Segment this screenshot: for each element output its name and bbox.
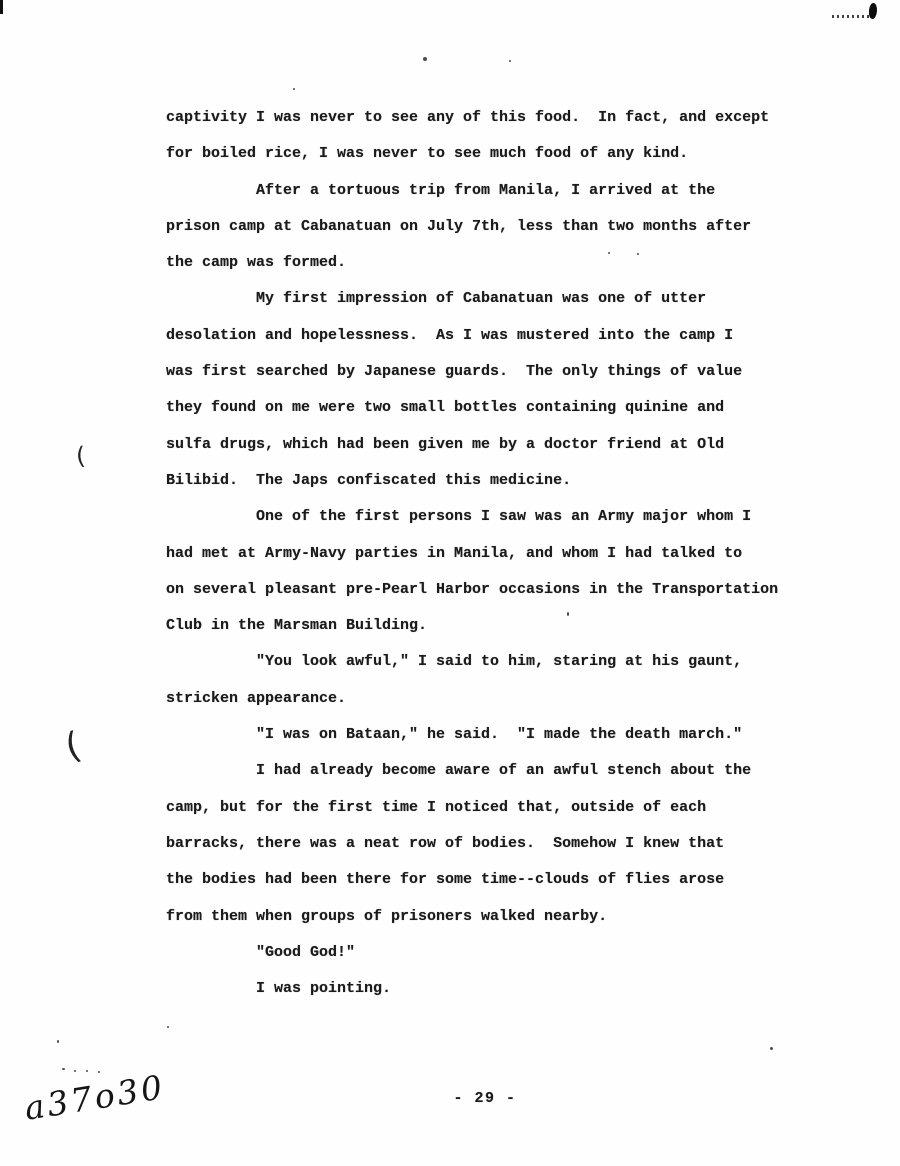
- ink-speck: [167, 1026, 169, 1028]
- text-line: the camp was formed.: [166, 245, 866, 281]
- scan-artifact-top-left: [0, 0, 3, 14]
- ink-speck: [74, 1070, 76, 1072]
- pen-mark-parenthesis: (: [61, 725, 85, 768]
- ink-speck: [98, 1071, 100, 1073]
- ink-speck: [567, 612, 569, 616]
- ink-dots-top-right: [832, 15, 870, 18]
- text-line: sulfa drugs, which had been given me by …: [166, 427, 866, 463]
- text-line: "I was on Bataan," he said. "I made the …: [166, 717, 866, 753]
- scanned-document-page: captivity I was never to see any of this…: [0, 0, 900, 1166]
- text-line: desolation and hopelessness. As I was mu…: [166, 318, 866, 354]
- ink-speck: [770, 1047, 773, 1050]
- text-line: "You look awful," I said to him, staring…: [166, 644, 866, 680]
- text-line: I had already become aware of an awful s…: [166, 753, 866, 789]
- text-line: the bodies had been there for some time-…: [166, 862, 866, 898]
- text-line: Bilibid. The Japs confiscated this medic…: [166, 463, 866, 499]
- text-line: captivity I was never to see any of this…: [166, 100, 866, 136]
- text-line: My first impression of Cabanatuan was on…: [166, 281, 866, 317]
- ink-speck: [293, 88, 295, 90]
- ink-speck: [423, 57, 427, 61]
- text-line: After a tortuous trip from Manila, I arr…: [166, 173, 866, 209]
- ink-speck: [509, 60, 511, 62]
- text-line: on several pleasant pre-Pearl Harbor occ…: [166, 572, 866, 608]
- text-line: was first searched by Japanese guards. T…: [166, 354, 866, 390]
- page-number: - 29 -: [453, 1090, 516, 1107]
- pen-mark-parenthesis: (: [75, 442, 86, 471]
- text-line: barracks, there was a neat row of bodies…: [166, 826, 866, 862]
- ink-speck: [608, 252, 610, 254]
- text-line: I was pointing.: [166, 971, 866, 1007]
- text-line: Club in the Marsman Building.: [166, 608, 866, 644]
- ink-speck: [86, 1070, 88, 1072]
- text-line: camp, but for the first time I noticed t…: [166, 790, 866, 826]
- text-line: stricken appearance.: [166, 681, 866, 717]
- text-line: from them when groups of prisoners walke…: [166, 899, 866, 935]
- text-line: "Good God!": [166, 935, 866, 971]
- text-line: had met at Army-Navy parties in Manila, …: [166, 536, 866, 572]
- typewritten-text: captivity I was never to see any of this…: [166, 100, 866, 1007]
- handwritten-note: a37o30: [22, 1067, 168, 1128]
- text-line: for boiled rice, I was never to see much…: [166, 136, 866, 172]
- ink-speck: [637, 253, 639, 255]
- text-line: they found on me were two small bottles …: [166, 390, 866, 426]
- text-line: prison camp at Cabanatuan on July 7th, l…: [166, 209, 866, 245]
- ink-speck: [62, 1068, 65, 1070]
- ink-speck: [57, 1040, 59, 1043]
- text-line: One of the first persons I saw was an Ar…: [166, 499, 866, 535]
